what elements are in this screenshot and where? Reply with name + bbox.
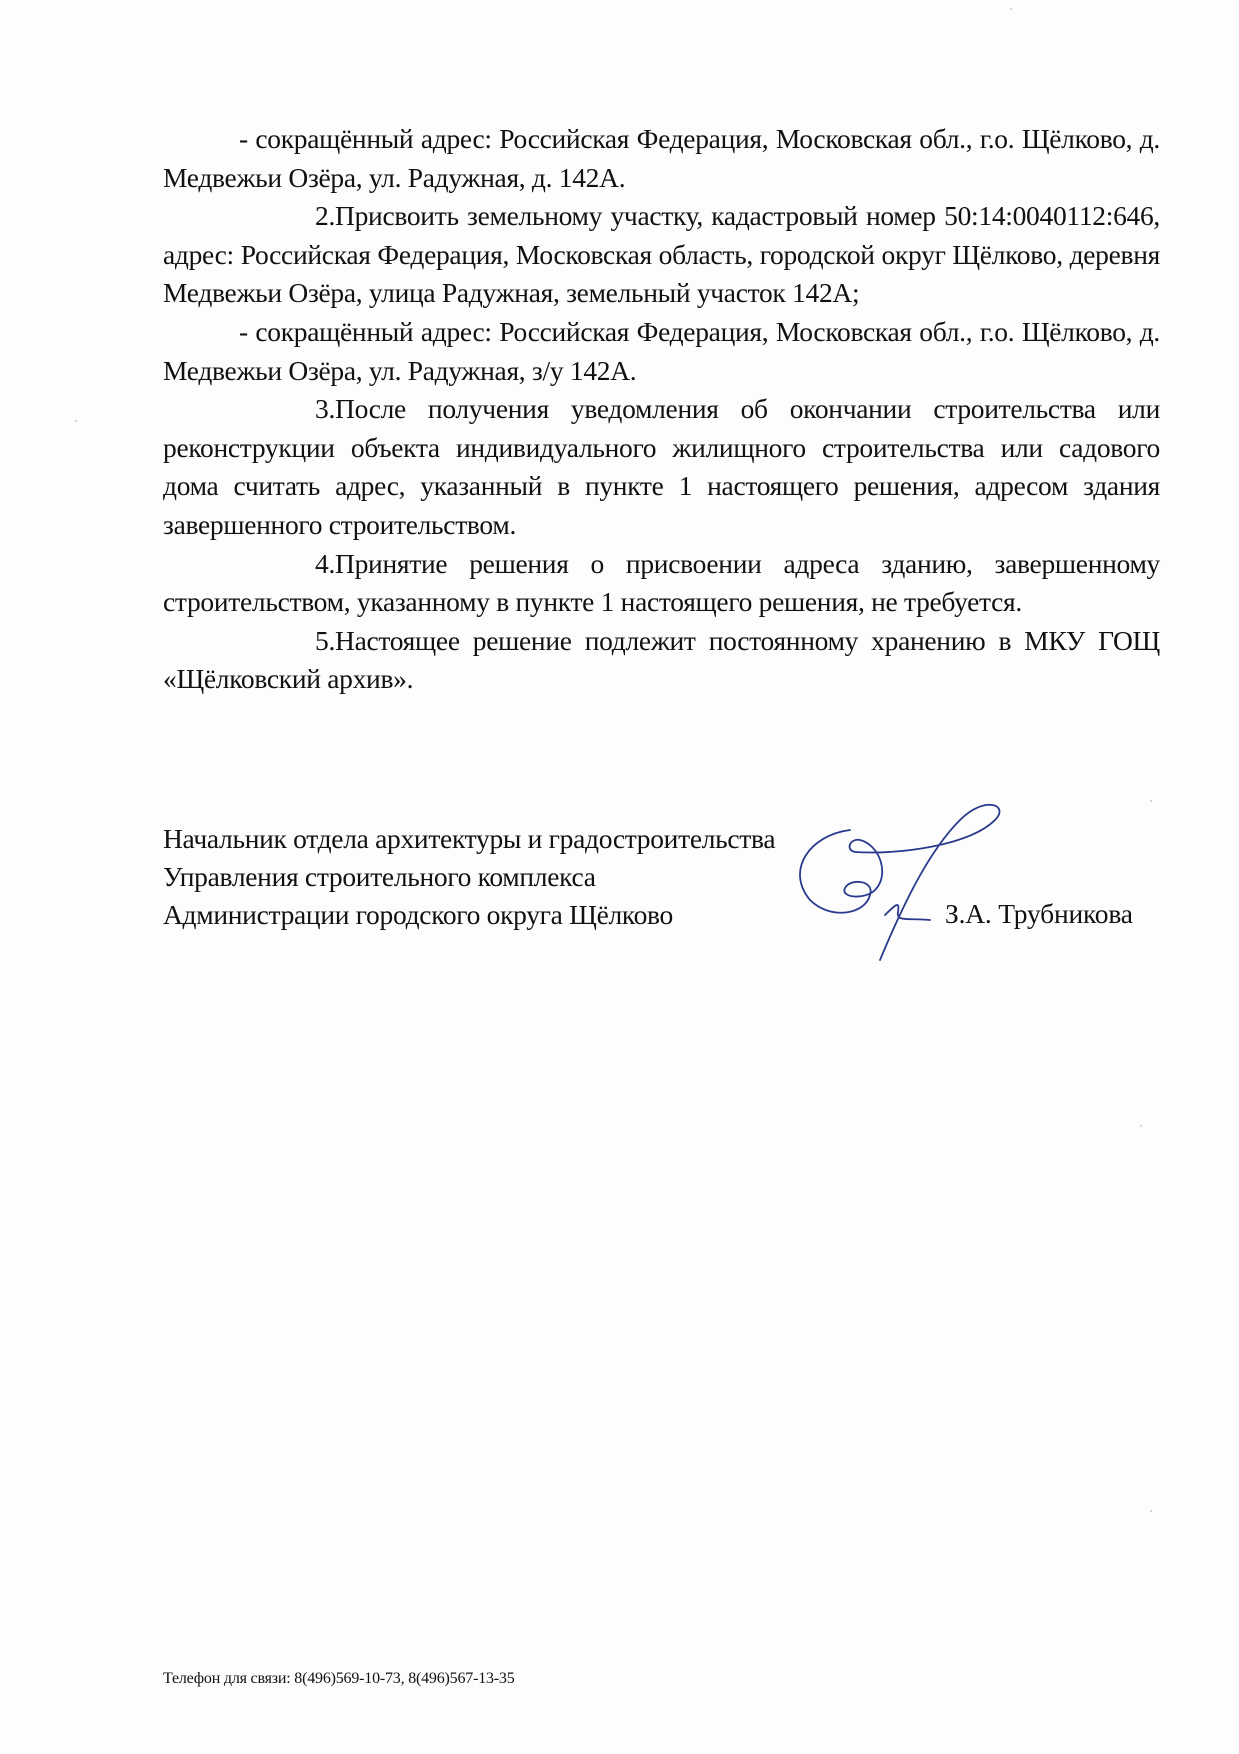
scan-speck — [1010, 8, 1012, 10]
clause-2: 2.Присвоить земельному участку, кадастро… — [163, 197, 1160, 313]
clause-number: 4. — [239, 545, 335, 584]
handwritten-signature-icon — [790, 800, 1030, 970]
clause-5: 5.Настоящее решение подлежит постоянному… — [163, 622, 1160, 699]
document-body: - сокращённый адрес: Российская Федераци… — [163, 120, 1160, 699]
scan-speck — [75, 420, 77, 422]
short-address-paragraph: - сокращённый адрес: Российская Федераци… — [163, 120, 1160, 197]
clause-4: 4.Принятие решения о присвоении адреса з… — [163, 545, 1160, 622]
scan-speck — [1150, 335, 1152, 337]
clause-number: 2. — [239, 197, 335, 236]
short-address-paragraph-2: - сокращённый адрес: Российская Федераци… — [163, 313, 1160, 390]
document-page: - сокращённый адрес: Российская Федераци… — [0, 0, 1239, 1754]
clause-3: 3.После получения уведомления об окончан… — [163, 390, 1160, 544]
scan-speck — [1140, 1125, 1142, 1127]
clause-number: 3. — [239, 390, 335, 429]
clause-number: 5. — [239, 622, 335, 661]
contact-phone: Телефон для связи: 8(496)569-10-73, 8(49… — [163, 1670, 515, 1688]
scan-speck — [1150, 800, 1152, 802]
scan-speck — [1150, 1510, 1152, 1512]
signer-name: З.А. Трубникова — [945, 898, 1133, 930]
